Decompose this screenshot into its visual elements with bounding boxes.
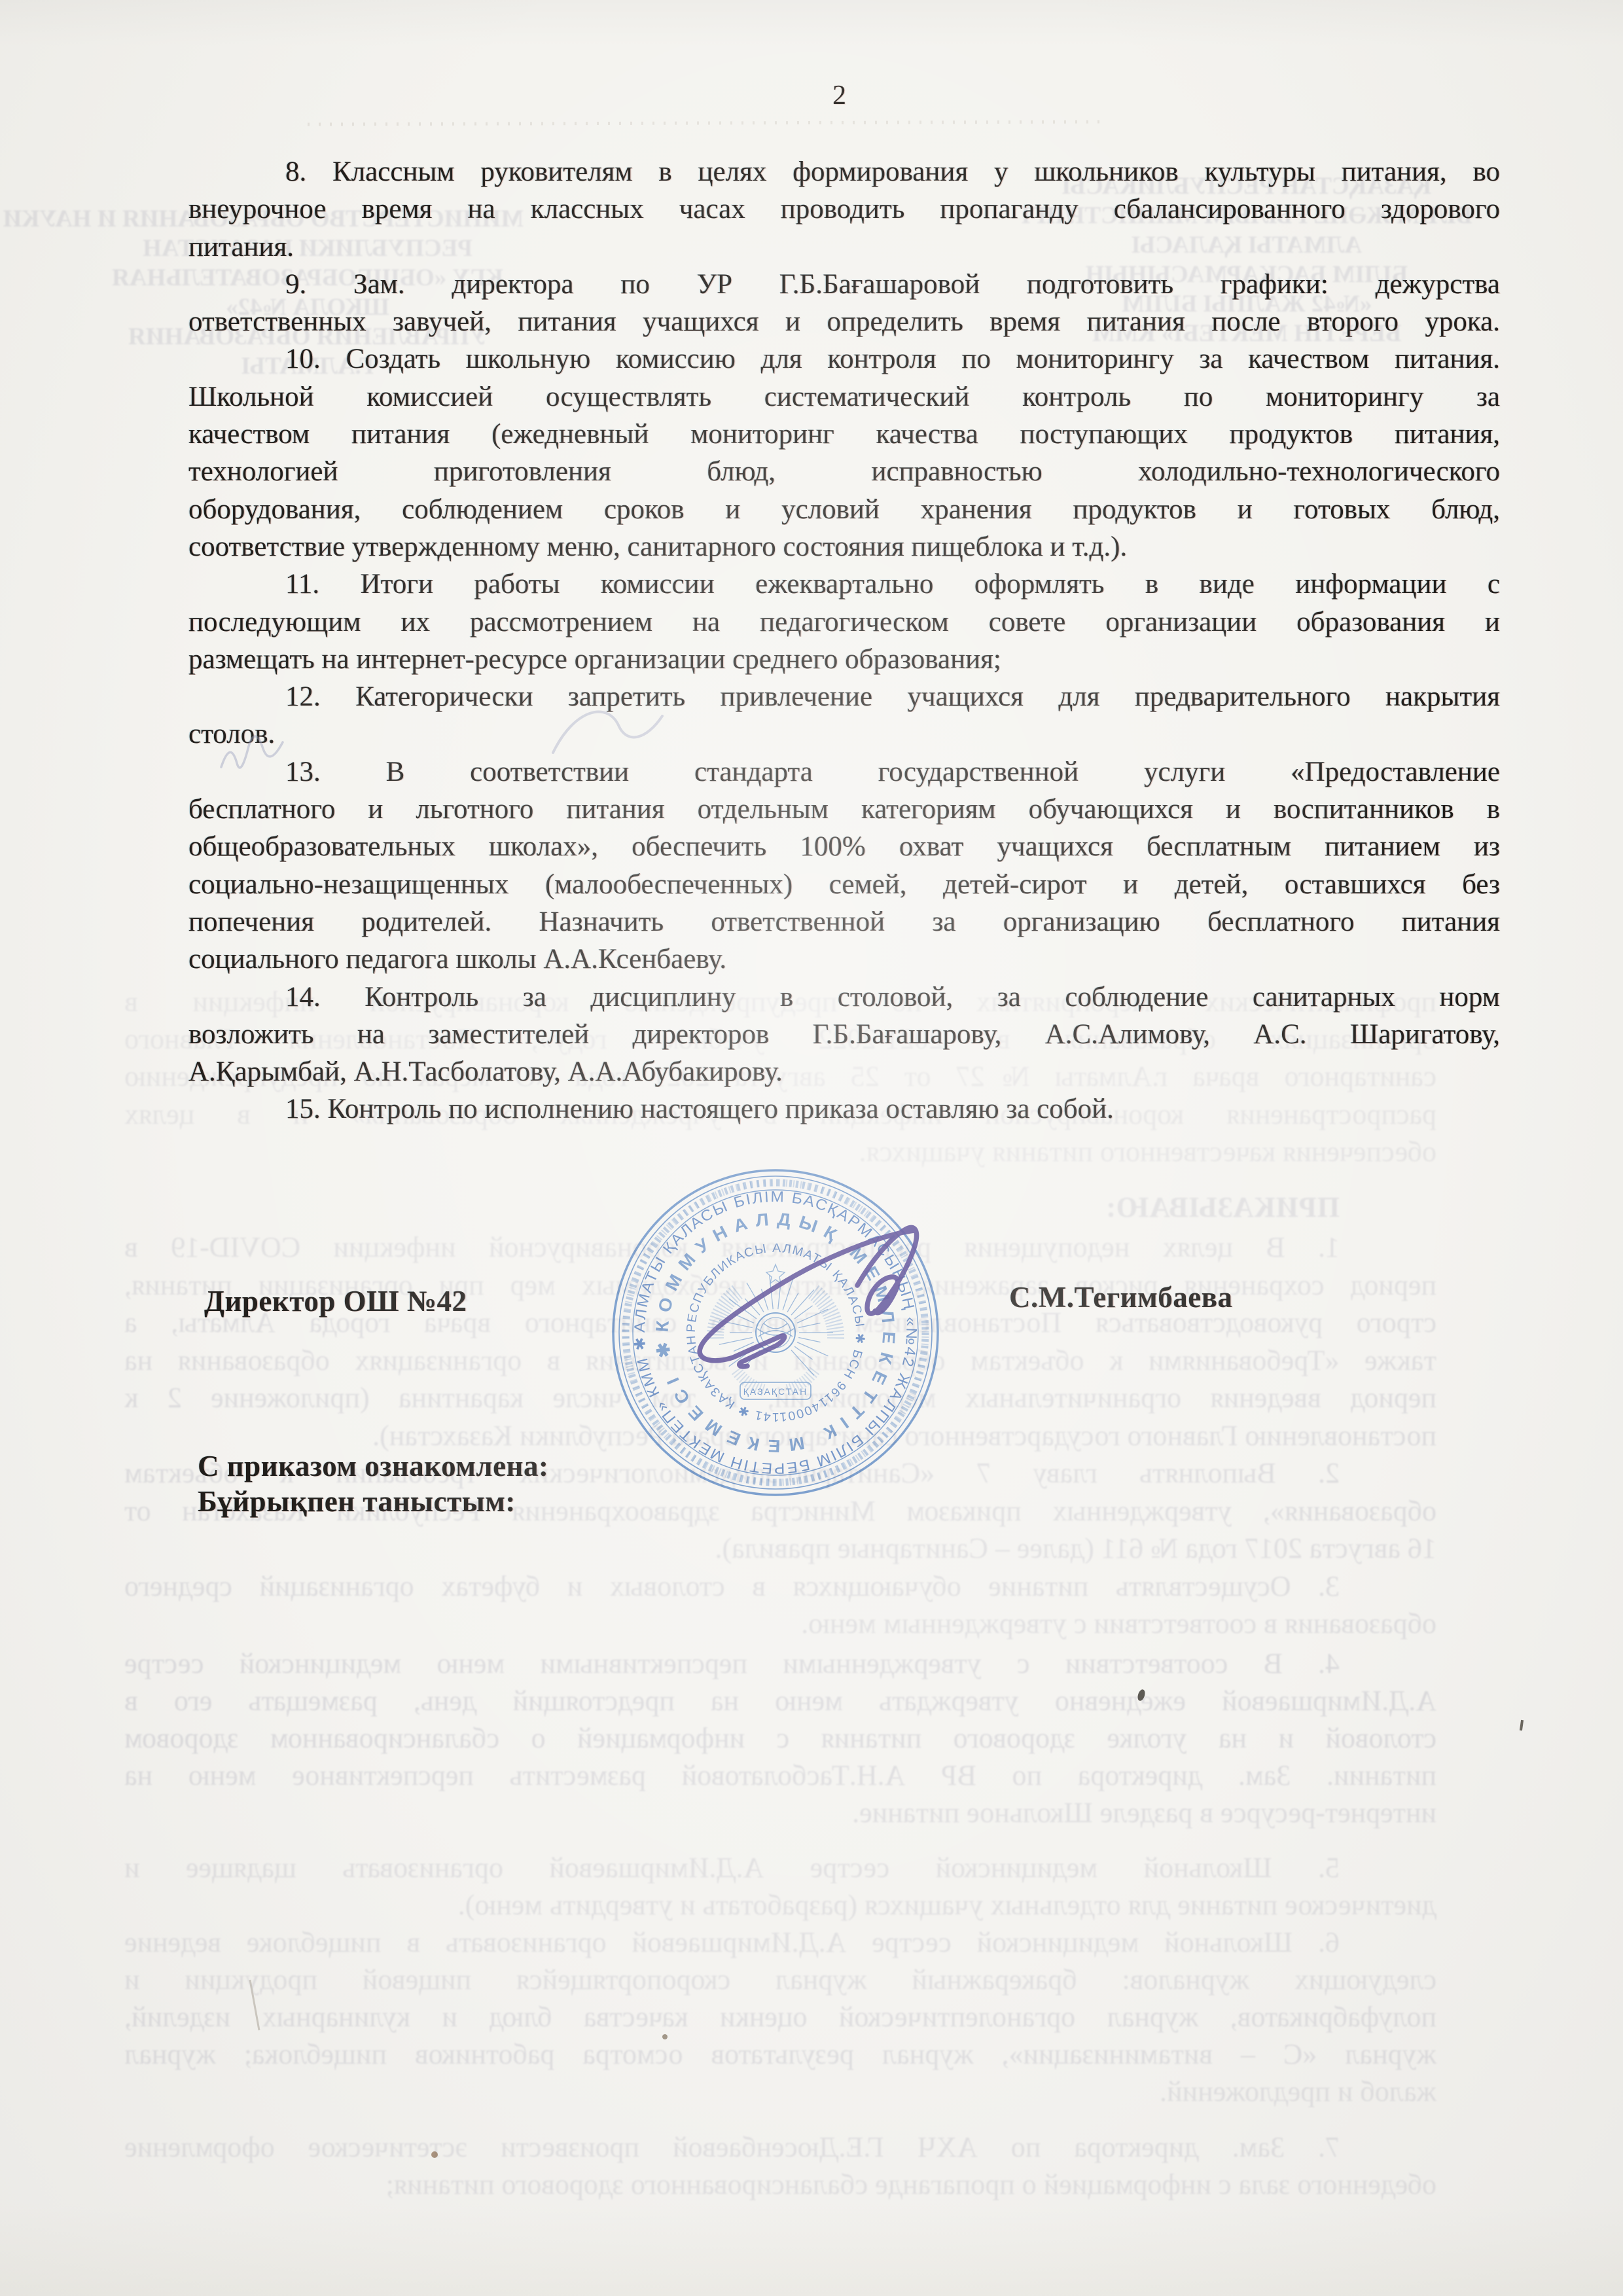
ink-speck — [1136, 1689, 1146, 1702]
bleed-through-line: ПРИКАЗЫВАЮ: — [124, 1189, 1436, 1226]
body-line: размещать на интернет-ресурсе организаци… — [188, 641, 1500, 678]
body-line: 11. Итоги работы комиссии ежеквартально … — [188, 565, 1500, 603]
director-name: С.М.Тегимбаева — [1009, 1280, 1233, 1314]
scanner-streak — [308, 122, 1106, 124]
stamp-banner-text: ҚАЗАҚСТАН — [743, 1386, 808, 1397]
bleed-through-line: журнал «С – витаминизации», журнал резул… — [124, 2036, 1436, 2073]
scanned-document-page: МИНИСТЕРСТВО ОБРАЗОВАНИЯ И НАУКИРЕСПУБЛИ… — [0, 0, 1623, 2296]
body-line: социального педагога школы А.А.Ксенбаеву… — [188, 941, 1500, 978]
ink-speck — [1520, 1720, 1524, 1731]
body-line: соответствие утвержденному меню, санитар… — [188, 528, 1500, 565]
body-line: внеурочное время на классных часах прово… — [188, 190, 1500, 228]
body-line: 8. Классным руковителям в целях формиров… — [188, 153, 1500, 190]
body-line: 15. Контроль по исполнению настоящего пр… — [188, 1090, 1500, 1128]
coat-of-arms-emblem: ҚАЗАҚСТАН — [715, 1265, 836, 1399]
dirt-speck — [662, 2034, 668, 2039]
bleed-through-line: питании. Зам. директора по ВР А.Н.Тасбол… — [124, 1757, 1436, 1794]
stamp-inner-ring-text: РЕСПУБЛИКАСЫ АЛМАТЫ ҚАЛАСЫ ✱ БСН 9611400… — [685, 1242, 866, 1424]
bleed-through-line: 7. Зам. директора по АХЧ Г.Е.Дюсенбаевой… — [124, 2128, 1436, 2166]
body-line: общеобразовательных школах», обеспечить … — [188, 828, 1500, 865]
body-line: А.Қарымбай, А.Н.Тасболатову, А.А.Абубаки… — [188, 1053, 1500, 1090]
body-line: 13. В соответствии стандарта государстве… — [188, 753, 1500, 791]
body-line: бесплатного и льготного питания отдельны… — [188, 791, 1500, 828]
bleed-through-line: жалоб и предложений. — [124, 2073, 1436, 2110]
bleed-through-line: 6. Школьной медицинской сестре А.Д.Имирш… — [124, 1924, 1436, 1961]
handwritten-signature — [700, 1227, 916, 1367]
body-line: 9. Зам. директора по УР Г.Б.Бағашаровой … — [188, 266, 1500, 303]
bleed-through-line: 1. В целях недопущения распространения к… — [124, 1229, 1436, 1266]
bleed-through-line: следующих журналов: бракеражный журнал с… — [124, 1961, 1436, 1998]
svg-text:КОММУНАЛДЫҚ МЕМЛЕКЕТТІК МЕКЕМЕ: КОММУНАЛДЫҚ МЕМЛЕКЕТТІК МЕКЕМЕСІ ✱ — [652, 1209, 899, 1456]
official-stamp-seal: АЛМАТЫ ҚАЛАСЫ БІЛІМ БАСҚАРМАСЫНЫҢ «№42 Ж… — [613, 1170, 938, 1495]
bleed-through-line: обеденного зала с информацией о пропаган… — [124, 2166, 1436, 2203]
bleed-through-line: 5. Школьной медицинской сестре А.Д.Имирш… — [124, 1849, 1436, 1886]
body-line: ответственных завучей, питания учащихся … — [188, 303, 1500, 340]
body-line: 12. Категорически запретить привлечение … — [188, 678, 1500, 715]
body-line: качеством питания (ежедневный мониторинг… — [188, 416, 1500, 453]
body-line: 10. Создать школьную комиссию для контро… — [188, 340, 1500, 378]
acknowledgement-line-ru: С приказом ознакомлена: — [198, 1449, 549, 1483]
body-line: социально-незащищенных (малообеспеченных… — [188, 866, 1500, 903]
bleed-through-line: 16 августа 2017 года № 611 (далее – Сани… — [124, 1530, 1436, 1567]
bleed-through-line: образования в соответствии с утвержденны… — [124, 1605, 1436, 1642]
body-line: возложить на заместителей директоров Г.Б… — [188, 1016, 1500, 1053]
bleed-through-line: также «Требованиями к объектам образован… — [124, 1342, 1436, 1379]
order-body-text: 8. Классным руковителям в целях формиров… — [188, 153, 1500, 1128]
body-line: оборудования, соблюдением сроков и услов… — [188, 491, 1500, 528]
bleed-through-line: А.Д.Имиршаевой ежедневно утверждать меню… — [124, 1682, 1436, 1719]
bleed-through-line: интернет-ресурсе в разделе Школьное пита… — [124, 1794, 1436, 1831]
paper-crease — [250, 1980, 259, 2030]
body-line: столов. — [188, 715, 1500, 753]
body-line: технологией приготовления блюд, исправно… — [188, 453, 1500, 490]
bleed-through-line: 4. В соответствии с утвержденными перспе… — [124, 1645, 1436, 1682]
body-line: Школьной комиссией осуществлять системат… — [188, 378, 1500, 416]
stamp-middle-ring-text: КОММУНАЛДЫҚ МЕМЛЕКЕТТІК МЕКЕМЕСІ ✱ — [652, 1209, 899, 1456]
bleed-through-line: период введения ограничительных мероприя… — [124, 1379, 1436, 1416]
acknowledgement-line-kz: Бұйрықпен таныстым: — [198, 1484, 516, 1518]
bleed-through-line: диетическое питание для отдельных учащих… — [124, 1886, 1436, 1924]
bleed-through-line: полуфабрикатов, журнал органолептической… — [124, 1998, 1436, 2036]
bleed-through-line: столовой и на уголке здорового питания с… — [124, 1719, 1436, 1757]
body-line: питания. — [188, 228, 1500, 266]
dirt-speck — [431, 2151, 438, 2158]
svg-text:РЕСПУБЛИКАСЫ АЛМАТЫ ҚАЛАСЫ ✱ Б: РЕСПУБЛИКАСЫ АЛМАТЫ ҚАЛАСЫ ✱ БСН 9611400… — [685, 1242, 866, 1424]
bleed-through-line: 3. Осуществлять питание обучающихся в ст… — [124, 1568, 1436, 1605]
page-number: 2 — [832, 80, 846, 111]
svg-text:АЛМАТЫ ҚАЛАСЫ БІЛІМ БАСҚАРМАСЫ: АЛМАТЫ ҚАЛАСЫ БІЛІМ БАСҚАРМАСЫНЫҢ «№42 Ж… — [631, 1188, 921, 1477]
body-line: попечения родителей. Назначить ответстве… — [188, 903, 1500, 941]
director-title-label: Директор ОШ №42 — [204, 1284, 467, 1318]
bleed-through-line: обеспечения качественного питания учащих… — [124, 1133, 1436, 1170]
body-line: 14. Контроль за дисциплину в столовой, з… — [188, 978, 1500, 1016]
body-line: последующим их рассмотрением на педагоги… — [188, 603, 1500, 641]
stamp-outer-ring-text: АЛМАТЫ ҚАЛАСЫ БІЛІМ БАСҚАРМАСЫНЫҢ «№42 Ж… — [631, 1188, 921, 1477]
